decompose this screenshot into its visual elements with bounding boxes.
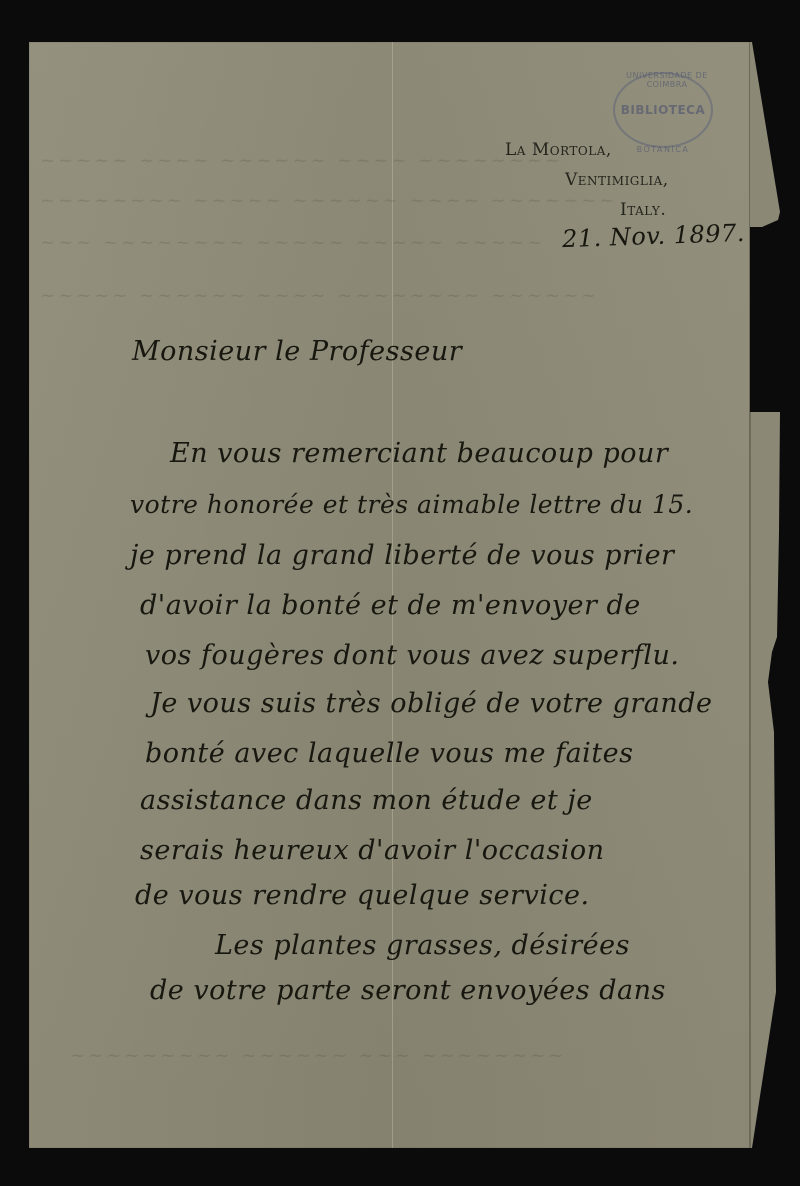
torn-flap-bottom (750, 412, 783, 1148)
showthrough-text: ~~~ ~~~~~~~~ ~~~~~ ~~~~~ ~~~~~ (40, 232, 545, 253)
body-line: votre honorée et très aimable lettre du … (130, 490, 693, 519)
stamp-ring-bottom: BOTANICA (615, 145, 711, 154)
letterhead-line-1: La Mortola, (505, 140, 612, 160)
body-line: vos fougères dont vous avez superflu. (145, 640, 680, 671)
salutation: Monsieur le Professeur (132, 336, 462, 367)
body-line: bonté avec laquelle vous me faites (145, 738, 634, 769)
showthrough-text: ~~~~~ ~~~~ ~~~~~~ ~~~~ ~~~~~~~~ (40, 150, 563, 171)
body-line: Les plantes grasses, désirées (215, 930, 630, 961)
library-stamp: UNIVERSIDADE DE COIMBRA BIBLIOTECA BOTAN… (613, 72, 713, 148)
torn-flap-top (750, 42, 780, 227)
page-edge-line (749, 42, 750, 1148)
showthrough-text: ~~~~~ ~~~~~~ ~~~~ ~~~~~~~~ ~~~~~~ (40, 285, 599, 306)
showthrough-text: ~~~~~~~~ ~~~~~ ~~~~~~ ~~~~ ~~~~~~~ (40, 190, 617, 211)
body-line: Je vous suis très obligé de votre grande (150, 688, 712, 719)
letterhead-line-2: Ventimiglia, (565, 170, 669, 190)
showthrough-text: ~~~~~~~~~ ~~~~~~ ~~~ ~~~~~~~~ (70, 1045, 566, 1066)
stamp-ring-top: UNIVERSIDADE DE COIMBRA (619, 71, 715, 89)
stamp-center-text: BIBLIOTECA (621, 103, 706, 117)
body-line: de votre parte seront envoyées dans (150, 975, 666, 1006)
body-line: serais heureux d'avoir l'occasion (140, 835, 604, 866)
body-line: de vous rendre quelque service. (135, 880, 590, 911)
body-line: En vous remerciant beaucoup pour (170, 438, 668, 469)
body-line: d'avoir la bonté et de m'envoyer de (140, 590, 641, 621)
body-line: je prend la grand liberté de vous prier (130, 540, 674, 571)
letterhead-line-3: Italy. (620, 200, 666, 220)
body-line: assistance dans mon étude et je (140, 785, 593, 816)
